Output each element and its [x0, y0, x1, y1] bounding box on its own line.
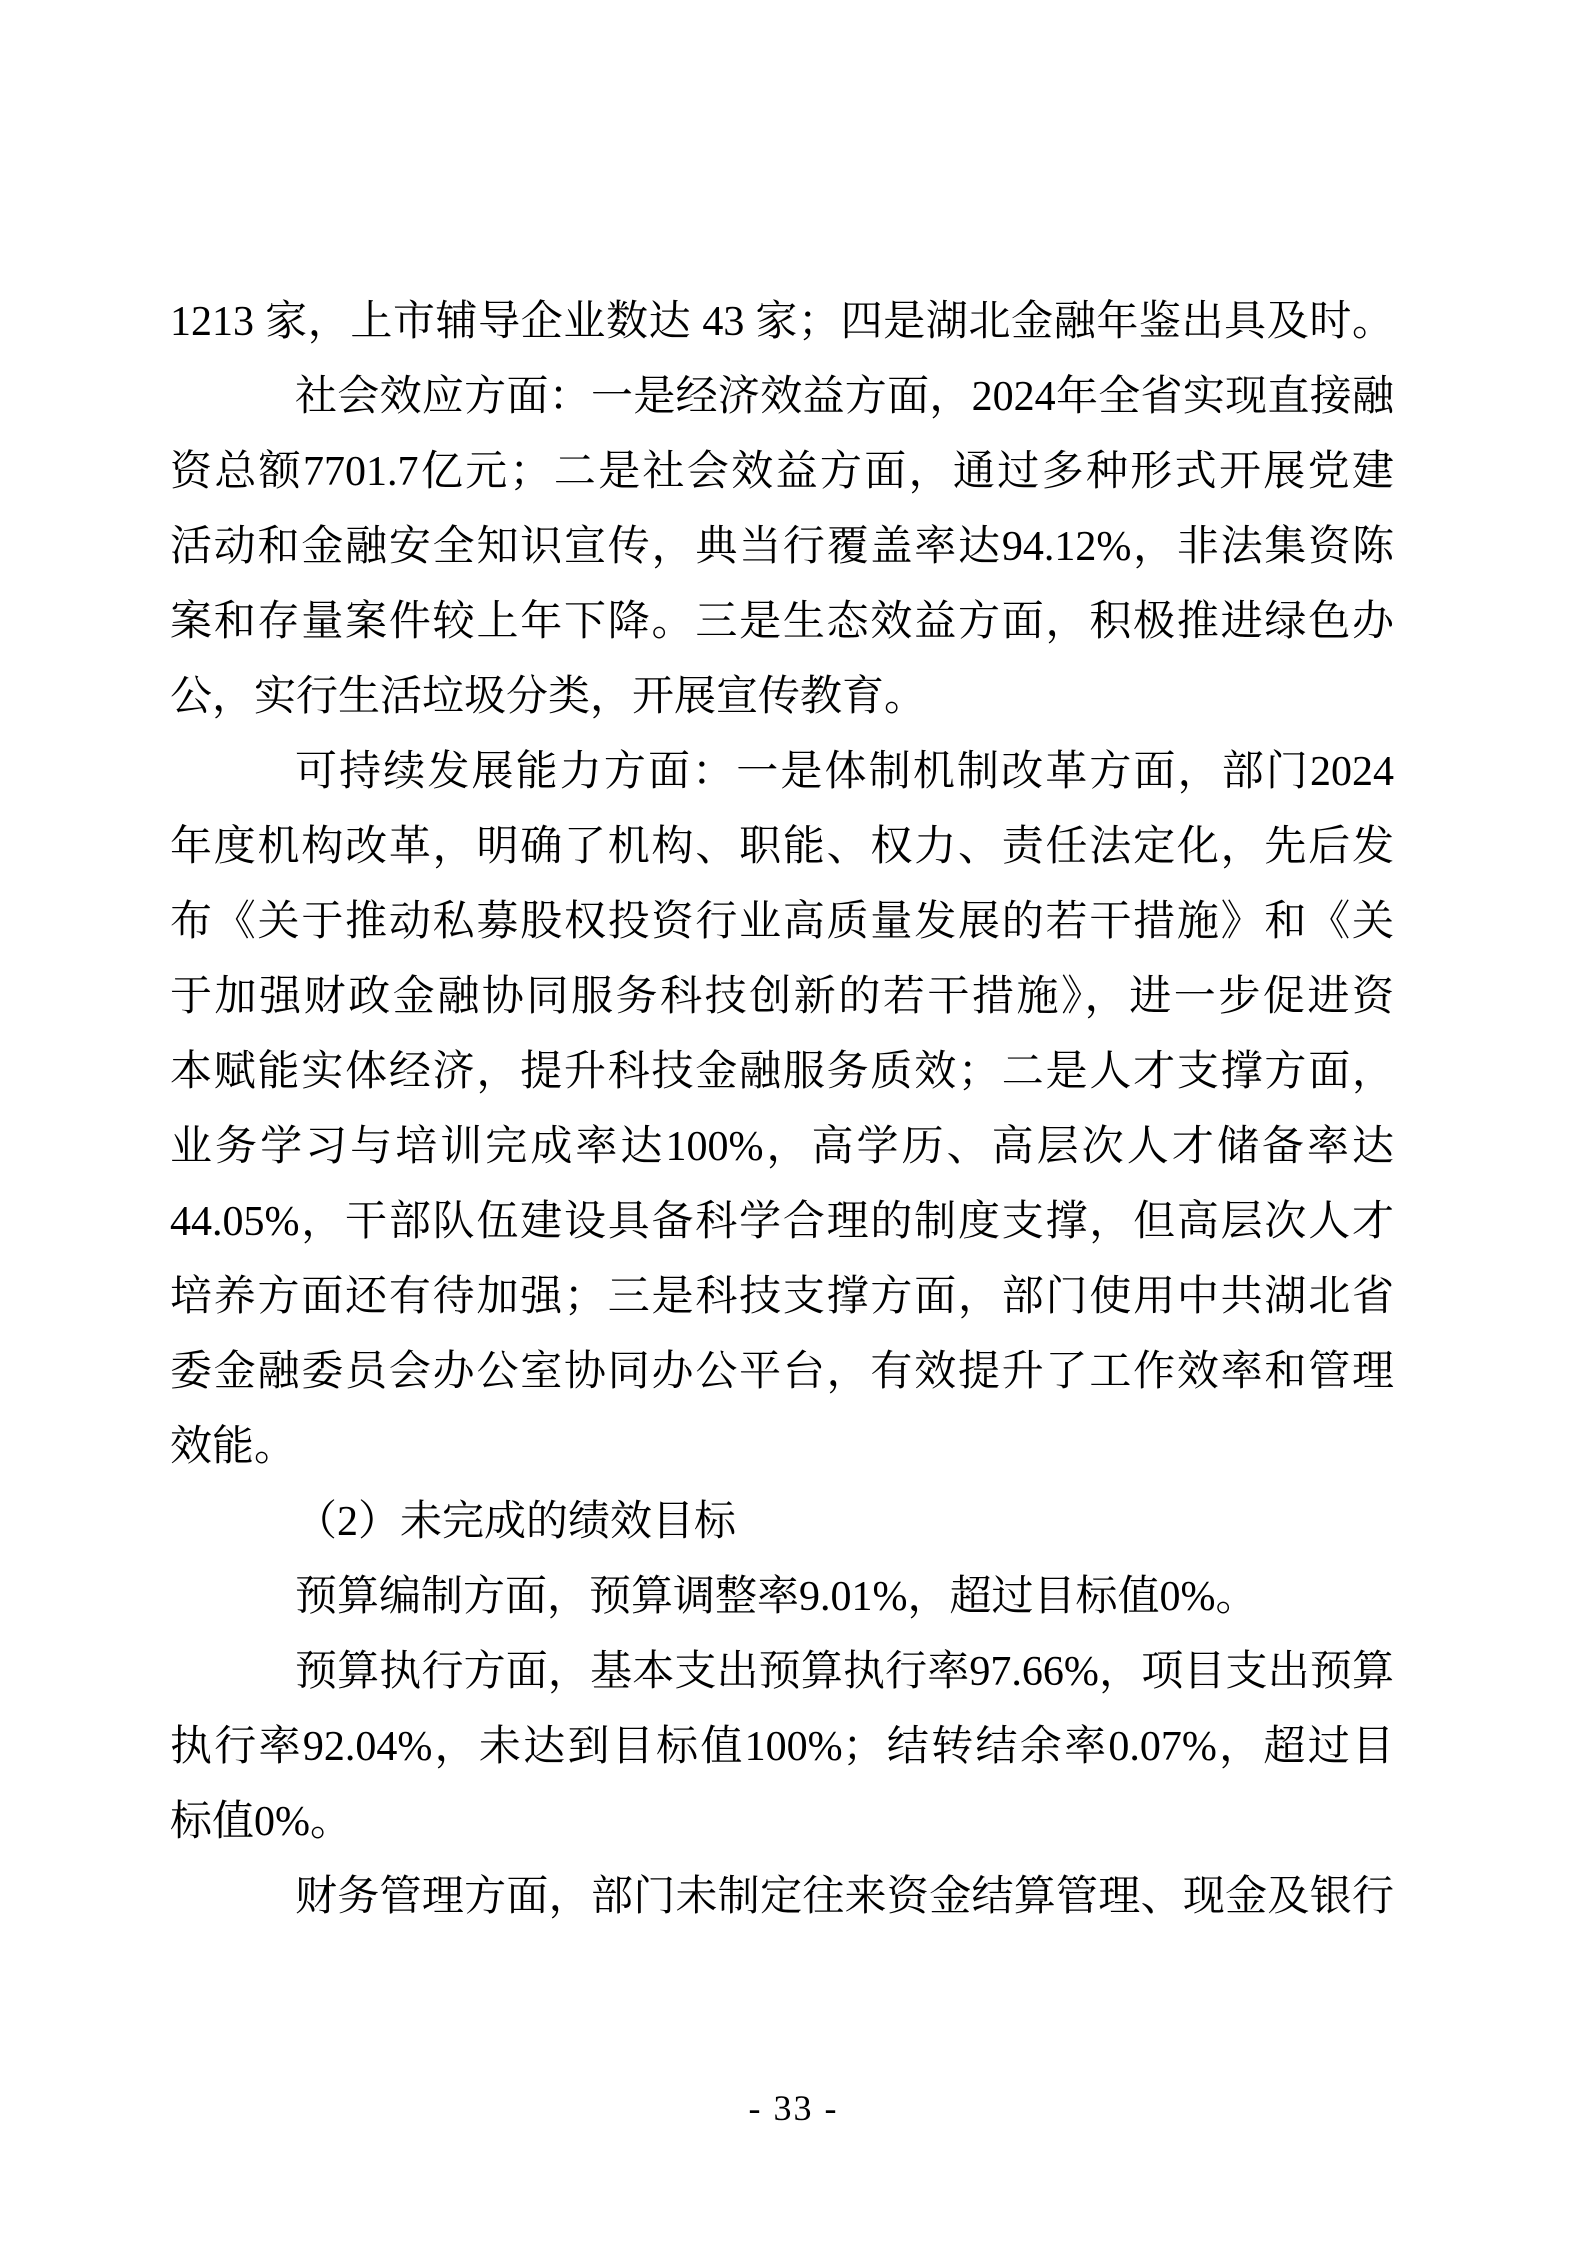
- text-line: 预算编制方面，预算调整率9.01%，超过目标值0%。: [170, 1560, 1394, 1635]
- text-line: 业务学习与培训完成率达100%，高学历、高层次人才储备率达: [170, 1110, 1394, 1185]
- text-line: 案和存量案件较上年下降。三是生态效益方面，积极推进绿色办: [170, 585, 1394, 660]
- text-line: 社会效应方面：一是经济效益方面，2024年全省实现直接融: [170, 360, 1394, 435]
- text-line: 年度机构改革，明确了机构、职能、权力、责任法定化，先后发: [170, 810, 1394, 885]
- text-line: 44.05%，干部队伍建设具备科学合理的制度支撑，但高层次人才: [170, 1185, 1394, 1260]
- text-line: 委金融委员会办公室协同办公平台，有效提升了工作效率和管理: [170, 1335, 1394, 1410]
- text-line: 公，实行生活垃圾分类，开展宣传教育。: [170, 660, 1394, 735]
- page-footer: - 33 -: [0, 2086, 1587, 2130]
- text-line: 活动和金融安全知识宣传，典当行覆盖率达94.12%，非法集资陈: [170, 510, 1394, 585]
- text-line: 效能。: [170, 1410, 1394, 1485]
- document-page: 1213 家，上市辅导企业数达 43 家；四是湖北金融年鉴出具及时。社会效应方面…: [0, 0, 1587, 2245]
- text-line: 执行率92.04%，未达到目标值100%；结转结余率0.07%，超过目: [170, 1710, 1394, 1785]
- text-line: 培养方面还有待加强；三是科技支撑方面，部门使用中共湖北省: [170, 1260, 1394, 1335]
- page-number: - 33 -: [749, 2088, 839, 2128]
- text-line: 资总额7701.7亿元；二是社会效益方面，通过多种形式开展党建: [170, 435, 1394, 510]
- text-line: 预算执行方面，基本支出预算执行率97.66%，项目支出预算: [170, 1635, 1394, 1710]
- text-line: （2）未完成的绩效目标: [170, 1485, 1394, 1560]
- text-line: 布《关于推动私募股权投资行业高质量发展的若干措施》和《关: [170, 885, 1394, 960]
- text-line: 1213 家，上市辅导企业数达 43 家；四是湖北金融年鉴出具及时。: [170, 285, 1394, 360]
- text-line: 可持续发展能力方面：一是体制机制改革方面，部门2024: [170, 735, 1394, 810]
- text-line: 财务管理方面，部门未制定往来资金结算管理、现金及银行: [170, 1860, 1394, 1935]
- text-line: 标值0%。: [170, 1785, 1394, 1860]
- text-line: 本赋能实体经济，提升科技金融服务质效；二是人才支撑方面，: [170, 1035, 1394, 1110]
- page-body: 1213 家，上市辅导企业数达 43 家；四是湖北金融年鉴出具及时。社会效应方面…: [170, 285, 1394, 1935]
- text-line: 于加强财政金融协同服务科技创新的若干措施》，进一步促进资: [170, 960, 1394, 1035]
